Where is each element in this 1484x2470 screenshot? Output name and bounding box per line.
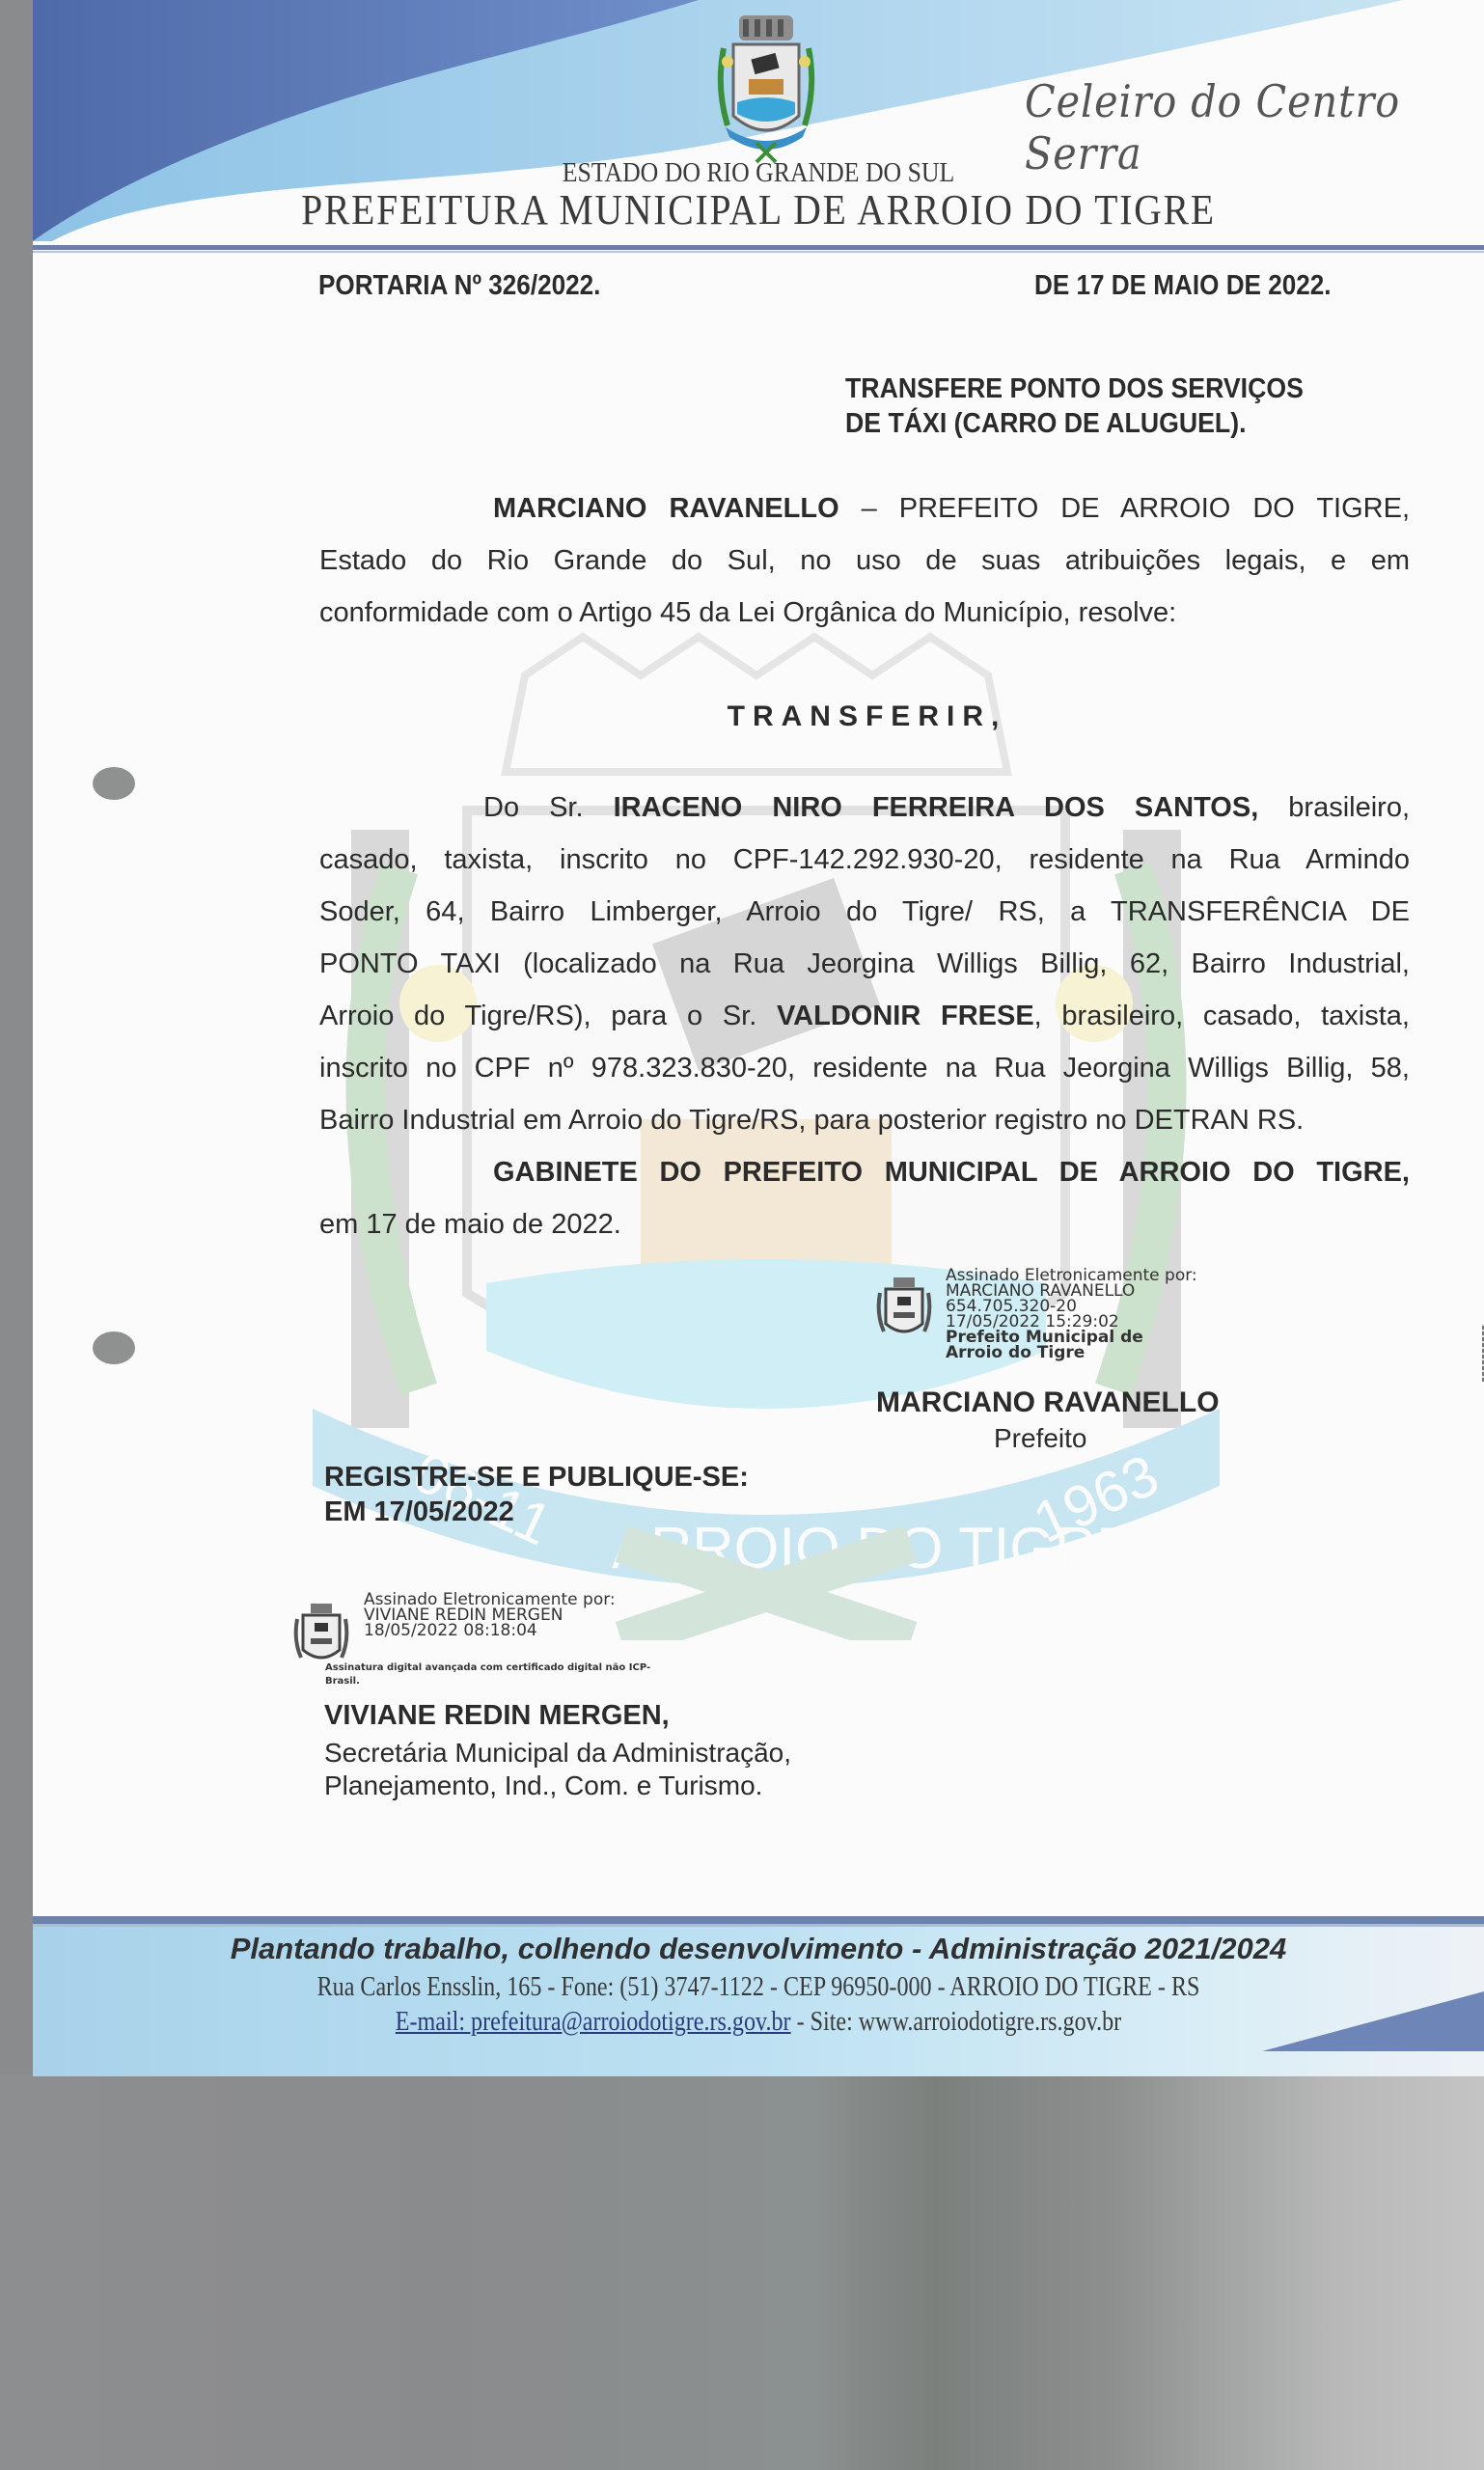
body-line: Bairro Industrial em Arroio do Tigre/RS,…: [319, 1094, 1410, 1146]
portaria-date: DE 17 DE MAIO DE 2022.: [1034, 270, 1332, 302]
ementa-line: TRANSFERE PONTO DOS SERVIÇOS: [845, 371, 1304, 406]
certificate-note: Assinatura digital avançada com certific…: [325, 1661, 650, 1688]
mayor-signature-name: MARCIANO RAVANELLO: [876, 1386, 1220, 1419]
scanner-border-left: [0, 0, 33, 2074]
ementa: TRANSFERE PONTO DOS SERVIÇOS DE TÁXI (CA…: [845, 371, 1304, 441]
certificate-note-line: Assinatura digital avançada com certific…: [325, 1661, 650, 1675]
body-line: PONTO TAXI (localizado na Rua Jeorgina W…: [319, 938, 1410, 990]
secretary-role: Secretária Municipal da Administração, P…: [324, 1737, 791, 1802]
body-line: inscrito no CPF nº 978.323.830-20, resid…: [319, 1042, 1410, 1094]
body-text: , brasileiro, casado, taxista,: [1034, 1001, 1410, 1031]
preamble: MARCIANO RAVANELLO – PREFEITO DE ARROIO …: [319, 482, 1410, 639]
footer-divider-light: [33, 1924, 1484, 1927]
transferee-name: VALDONIR FRESE: [777, 1001, 1034, 1031]
footer-contact: E-mail: prefeitura@arroiodotigre.rs.gov.…: [134, 2007, 1382, 2038]
transferor-name: IRACENO NIRO FERREIRA DOS SANTOS,: [614, 792, 1259, 823]
footer-divider: [33, 1916, 1484, 1924]
mayor-e-signature: Assinado Eletronicamente por: MARCIANO R…: [946, 1268, 1197, 1360]
body-text: Arroio do Tigre/RS), para o Sr.: [319, 1001, 777, 1031]
footer-address: Rua Carlos Ensslin, 165 - Fone: (51) 374…: [134, 1972, 1382, 2003]
preamble-line: conformidade com o Artigo 45 da Lei Orgâ…: [319, 587, 1410, 639]
stamp-line: 18/05/2022 08:18:04: [364, 1623, 616, 1638]
body-paragraph: Do Sr. IRACENO NIRO FERREIRA DOS SANTOS,…: [319, 782, 1410, 1250]
document-page: Celeiro do Centro Serra ESTADO DO RIO GR…: [33, 0, 1484, 2076]
punch-hole: [93, 767, 135, 800]
svg-text:1963: 1963: [1024, 1442, 1168, 1555]
registre-publique: REGISTRE-SE E PUBLIQUE-SE: EM 17/05/2022: [324, 1460, 749, 1529]
action-heading: TRANSFERIR,: [33, 700, 1484, 733]
body-line: Soder, 64, Bairro Limberger, Arroio do T…: [319, 886, 1410, 938]
closing-date: em 17 de maio de 2022.: [319, 1198, 1410, 1250]
site-text[interactable]: - Site: www.arroiodotigre.rs.gov.br: [791, 2007, 1122, 2037]
role-line: Planejamento, Ind., Com. e Turismo.: [324, 1770, 791, 1802]
punch-hole: [93, 1331, 135, 1364]
mayor-signature-role: Prefeito: [994, 1423, 1087, 1454]
signature-crest-icon: [876, 1276, 932, 1343]
stamp-line: Arroio do Tigre: [946, 1345, 1197, 1360]
body-text: Do Sr.: [483, 792, 614, 823]
signature-crest-icon: [293, 1602, 349, 1669]
gabinete-line: GABINETE DO PREFEITO MUNICIPAL DE ARROIO…: [493, 1157, 1410, 1188]
registre-date: EM 17/05/2022: [324, 1495, 749, 1529]
header-divider-light: [33, 251, 1484, 253]
prefeitura-title: PREFEITURA MUNICIPAL DE ARROIO DO TIGRE: [105, 185, 1412, 234]
preamble-text: – PREFEITO DE ARROIO DO TIGRE,: [839, 493, 1410, 524]
secretary-e-signature: Assinado Eletronicamente por: VIVIANE RE…: [364, 1592, 616, 1638]
registre-line: REGISTRE-SE E PUBLIQUE-SE:: [324, 1460, 749, 1495]
role-line: Secretária Municipal da Administração,: [324, 1737, 791, 1770]
secretary-name: VIVIANE REDIN MERGEN,: [324, 1700, 670, 1732]
ementa-line: DE TÁXI (CARRO DE ALUGUEL).: [845, 406, 1304, 441]
certificate-note-line: Brasil.: [325, 1675, 650, 1688]
portaria-number: PORTARIA Nº 326/2022.: [318, 270, 600, 302]
preamble-line: Estado do Rio Grande do Sul, no uso de s…: [319, 535, 1410, 587]
footer-motto: Plantando trabalho, colhendo desenvolvim…: [33, 1932, 1484, 1966]
letterhead-footer: Plantando trabalho, colhendo desenvolvim…: [33, 1916, 1484, 2076]
header-divider: [33, 245, 1484, 250]
email-link[interactable]: E-mail: prefeitura@arroiodotigre.rs.gov.…: [396, 2007, 791, 2037]
coat-of-arms-icon: [699, 10, 834, 164]
mayor-name: MARCIANO RAVANELLO: [493, 493, 839, 524]
body-text: brasileiro,: [1258, 792, 1410, 823]
body-line: casado, taxista, inscrito no CPF-142.292…: [319, 834, 1410, 886]
